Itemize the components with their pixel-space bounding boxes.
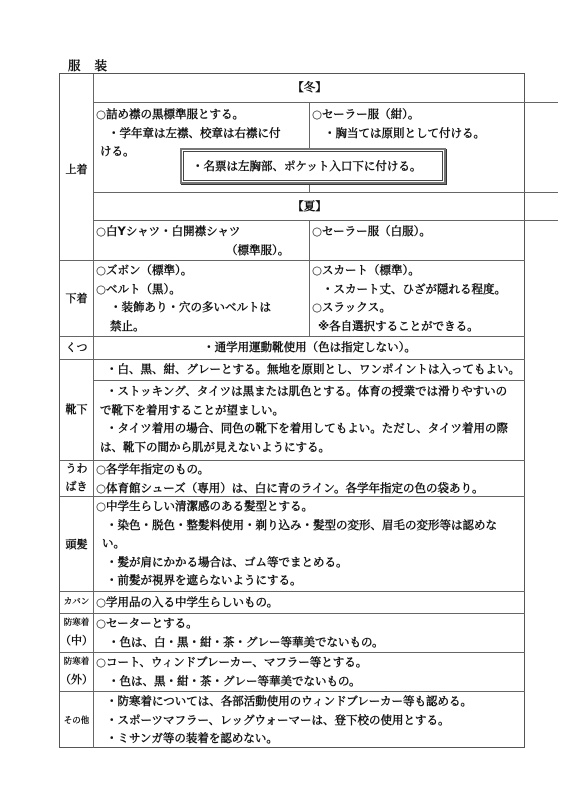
tohatsu-line: ・前髪が視界を遮らないようにする。 [96,571,497,590]
winter-header: 【冬】 [94,78,525,97]
winter-girls-line: ・胸当ては原則として付ける。 [312,124,485,143]
title-char-1: 服 [68,58,81,73]
kutsushita-line: で靴下を着用することが望ましい。 [100,401,508,420]
shitagi-boys-line: 禁止。 [96,317,271,336]
kutsushita-line: ・タイツ着用の場合、同色の靴下を着用してもよい。ただし、タイツ着用の際 [106,419,508,438]
sonota-text: ・防寒着については、各部活動使用のウィンドブレーカー等も認める。 ・スポーツマフ… [106,692,472,748]
name-tag-callout: ・名票は左胸部、ポケット入口下に付ける。 [180,148,446,184]
kutsushita-first: ・白、黒、紺、グレーとする。無地を原則とし、ワンポイントは入ってもよい。 [106,360,520,379]
row-label-bokangi-soto: 防寒着 （外） [60,653,93,689]
shitagi-boys-line: ○ベルト（黒）。 [96,280,271,299]
divider [93,220,558,221]
row-label-uwagi: 上着 [60,161,93,177]
winter-girls: ○セーラー服（紺）。 ・胸当ては原則として付ける。 [312,105,485,142]
row-label-uwabaki: うわ ばき [60,460,93,496]
row-label-kaban: カバン [60,595,93,607]
bokangi-soto-line: ○コート、ウィンドブレーカー、マフラー等とする。 [96,653,367,672]
tohatsu-line: ・染色・脱色・整髪料使用・剃り込み・髪型の変形、眉毛の変形等は認めな [96,516,497,535]
bokangi-naka-text: ○セーターとする。 ・色は、白・黒・紺・茶・グレー等華美でないもの。 [96,614,384,651]
row-label-shitagi: 下着 [60,290,93,306]
summer-girls: ○セーラー服（白服）。 [312,222,431,241]
bokangi-naka-line: ○セーターとする。 [96,614,384,633]
bokangi-naka-line: ・色は、白・黒・紺・茶・グレー等華美でないもの。 [96,633,384,652]
summer-header: 【夏】 [94,197,525,216]
divider [93,380,525,381]
tohatsu-line: ○中学生らしい清潔感のある髪型とする。 [96,497,497,516]
kaban-text: ○学用品の入る中学生らしいもの。 [96,593,278,612]
kutsu-text: ・通学用運動靴使用（色は指定しない）。 [94,338,525,357]
shitagi-girls-line: ※各自選択することができる。 [312,317,506,336]
kutsushita-line: は、靴下の間から肌が見えないようにする。 [100,438,508,457]
winter-girls-line: ○セーラー服（紺）。 [312,105,485,124]
shitagi-boys: ○ズボン（標準）。 ○ベルト（黒）。 ・装飾あり・穴の多いベルトは 禁止。 [96,261,271,335]
row-label-kutsushita: 靴下 [60,401,93,417]
row-label-kutsu: くつ [60,339,93,355]
divider [93,74,94,748]
winter-boys-line: ・学年章は左襟、校章は右襟に付 [96,124,281,143]
bokangi-soto-text: ○コート、ウィンドブレーカー、マフラー等とする。 ・色は、黒・紺・茶・グレー等華… [96,653,367,690]
label-line: （中） [60,632,93,650]
divider [93,192,558,193]
shitagi-girls: ○スカート（標準）。 ・スカート丈、ひざが隠れる程度。 ○スラックス。 ※各自選… [312,261,506,335]
summer-boys-line: （標準服）。 [96,241,289,260]
uwabaki-line: ○各学年指定のもの。 [96,460,483,479]
uwabaki-text: ○各学年指定のもの。 ○体育館シューズ（専用）は、白に青のライン。各学年指定の色… [96,460,483,497]
divider [93,102,558,103]
shitagi-girls-line: ○スラックス。 [312,298,506,317]
label-line: ばき [60,478,93,496]
label-line: 防寒着 [60,614,93,632]
summer-girls-line: ○セーラー服（白服）。 [312,222,431,241]
row-label-sonota: その他 [60,714,93,726]
kutsushita-line: ・ストッキング、タイツは黒または肌色とする。体育の授業では滑りやすいの [106,382,508,401]
label-line: （外） [60,671,93,689]
kutsushita-second: ・ストッキング、タイツは黒または肌色とする。体育の授業では滑りやすいの で靴下を… [106,382,508,456]
label-line: うわ [60,460,93,478]
bokangi-soto-line: ・色は、黒・紺・茶・グレー等華美でないもの。 [96,672,367,691]
sonota-line: ・スポーツマフラー、レッグウォーマーは、登下校の使用とする。 [106,711,472,730]
tohatsu-line: い。 [96,534,497,553]
summer-boys-line: ○白Yシャツ・白開襟シャツ [96,222,289,241]
tohatsu-line: ・髪が肩にかかる場合は、ゴム等でまとめる。 [96,553,497,572]
summer-boys: ○白Yシャツ・白開襟シャツ （標準服）。 [96,222,289,259]
winter-boys-line: ○詰め襟の黒標準服とする。 [96,105,281,124]
uwabaki-line: ○体育館シューズ（専用）は、白に青のライン。各学年指定の色の袋あり。 [96,479,483,498]
divider [60,336,525,337]
row-label-tohatsu: 頭髪 [60,536,93,552]
shitagi-boys-line: ○ズボン（標準）。 [96,261,271,280]
section-title: 服装 [68,56,121,74]
title-char-2: 装 [95,58,108,73]
shitagi-girls-line: ・スカート丈、ひざが隠れる程度。 [312,280,506,299]
sonota-line: ・ミサンガ等の装着を認めない。 [106,729,472,748]
dress-code-table: 上着 【冬】 ○詰め襟の黒標準服とする。 ・学年章は左襟、校章は右襟に付 ける。… [59,73,525,748]
divider [309,220,310,336]
label-line: 防寒着 [60,653,93,671]
divider [60,591,525,592]
shitagi-girls-line: ○スカート（標準）。 [312,261,506,280]
shitagi-boys-line: ・装飾あり・穴の多いベルトは [96,298,271,317]
row-label-bokangi-naka: 防寒着 （中） [60,614,93,650]
tohatsu-text: ○中学生らしい清潔感のある髪型とする。 ・染色・脱色・整髪料使用・剃り込み・髪型… [96,497,497,590]
sonota-line: ・防寒着については、各部活動使用のウィンドブレーカー等も認める。 [106,692,472,711]
